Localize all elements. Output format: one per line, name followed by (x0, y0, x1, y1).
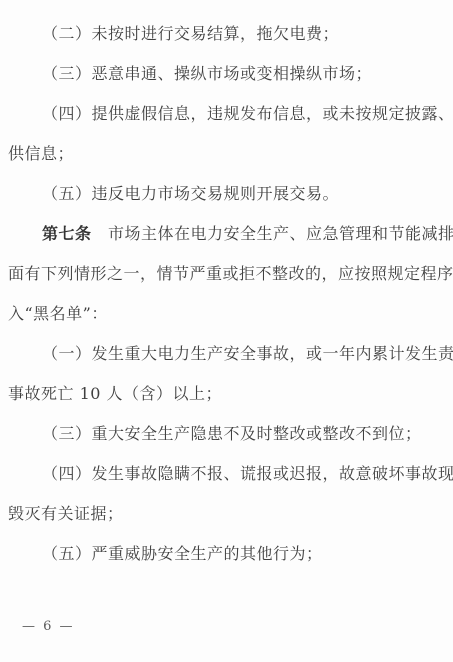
text-line: （二）未按时进行交易结算，拖欠电费； (8, 14, 447, 54)
clause-text: 事故死亡 10 人（含）以上； (8, 384, 222, 403)
clause-text: （三）恶意串通、操纵市场或变相操纵市场； (42, 64, 372, 83)
text-line: 供信息； (8, 134, 447, 174)
page-number: — 6 — (22, 619, 75, 634)
article-number: 第七条 (42, 224, 92, 243)
text-line: 面有下列情形之一，情节严重或拒不整改的，应按照规定程序列 (8, 254, 447, 294)
clause-text: （一）发生重大电力生产安全事故，或一年内累计发生责任 (42, 344, 453, 363)
clause-text: （四）发生事故隐瞒不报、谎报或迟报，故意破坏事故现场、 (42, 464, 453, 483)
text-line: （五）违反电力市场交易规则开展交易。 (8, 174, 447, 214)
text-line: 事故死亡 10 人（含）以上； (8, 374, 447, 414)
clause-text: （三）重大安全生产隐患不及时整改或整改不到位； (42, 424, 422, 443)
clause-text: （四）提供虚假信息，违规发布信息，或未按规定披露、提 (42, 104, 453, 123)
text-line: 入“黑名单”： (8, 294, 447, 334)
clause-text: （二）未按时进行交易结算，拖欠电费； (42, 24, 339, 43)
article-text: 市场主体在电力安全生产、应急管理和节能减排方 (92, 224, 453, 243)
clause-text: 毁灭有关证据； (8, 504, 124, 523)
text-line: （三）重大安全生产隐患不及时整改或整改不到位； (8, 414, 447, 454)
document-content: （二）未按时进行交易结算，拖欠电费； （三）恶意串通、操纵市场或变相操纵市场； … (8, 14, 447, 574)
article-text: 入“黑名单”： (8, 304, 108, 323)
article-text: 面有下列情形之一，情节严重或拒不整改的，应按照规定程序列 (8, 264, 453, 283)
text-line: 第七条 市场主体在电力安全生产、应急管理和节能减排方 (8, 214, 447, 254)
clause-text: （五）违反电力市场交易规则开展交易。 (42, 184, 339, 203)
text-line: （三）恶意串通、操纵市场或变相操纵市场； (8, 54, 447, 94)
clause-text: 供信息； (8, 144, 74, 163)
text-line: （四）提供虚假信息，违规发布信息，或未按规定披露、提 (8, 94, 447, 134)
text-line: （一）发生重大电力生产安全事故，或一年内累计发生责任 (8, 334, 447, 374)
text-line: （四）发生事故隐瞒不报、谎报或迟报，故意破坏事故现场、 (8, 454, 447, 494)
text-line: 毁灭有关证据； (8, 494, 447, 534)
document-page: （二）未按时进行交易结算，拖欠电费； （三）恶意串通、操纵市场或变相操纵市场； … (0, 0, 453, 662)
clause-text: （五）严重威胁安全生产的其他行为； (42, 544, 323, 563)
text-line: （五）严重威胁安全生产的其他行为； (8, 534, 447, 574)
